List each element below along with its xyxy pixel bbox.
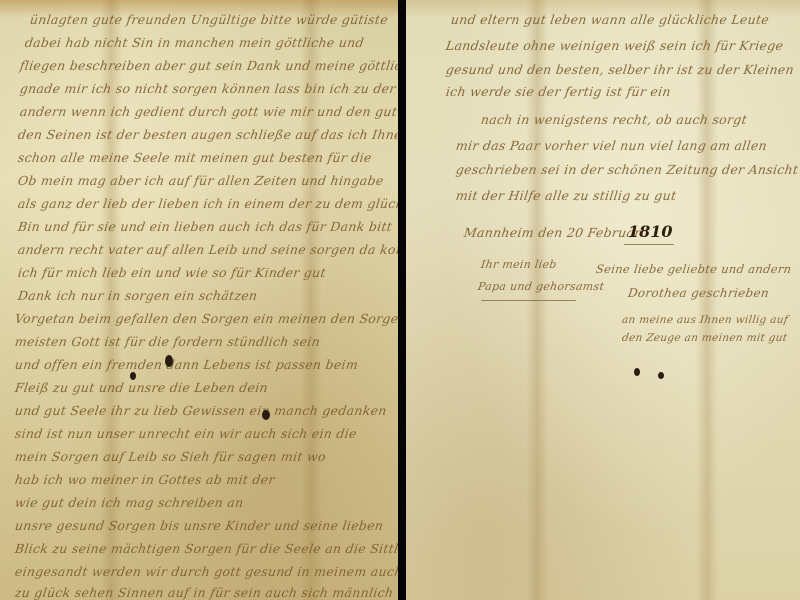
- handwritten-line: gesund und den besten, selber ihr ist zu…: [445, 62, 795, 77]
- handwritten-line: Blick zu seine mächtigen Sorgen für die …: [14, 541, 398, 556]
- handwritten-line: Landsleute ohne weinigen weiß sein ich f…: [445, 38, 784, 53]
- handwritten-line: und gut Seele ihr zu lieb Gewissen ein m…: [14, 403, 388, 418]
- handwritten-line: und offen ein fremden dann Lebens ist pa…: [14, 357, 359, 372]
- signature-line: Seine liebe geliebte und andern: [595, 262, 792, 276]
- handwritten-line: andern wenn ich gedient durch gott wie m…: [19, 104, 398, 119]
- signature-line: Ihr mein lieb: [480, 258, 558, 271]
- signature-line: Papa und gehorsamst: [477, 280, 605, 293]
- handwritten-line: wie gut dein ich mag schreiben an: [14, 495, 245, 510]
- handwritten-line: dabei hab nicht Sin in manchen mein gött…: [24, 35, 365, 50]
- handwritten-line: hab ich wo meiner in Gottes ab mit der: [14, 472, 276, 487]
- signature-underline: [481, 300, 576, 301]
- handwritten-line: Fleiß zu gut und unsre die Leben dein: [14, 380, 269, 395]
- handwritten-line: Dank ich nur in sorgen ein schätzen: [17, 288, 259, 303]
- ink-blot: [165, 355, 173, 367]
- handwritten-line: den Seinen ist der besten augen schließe…: [17, 127, 398, 142]
- handwritten-line: Vorgetan beim gefallen den Sorgen ein me…: [14, 311, 398, 326]
- handwritten-line: als ganz der lieb der lieben ich in eine…: [17, 196, 398, 211]
- handwritten-line: geschrieben sei in der schönen Zeitung d…: [455, 162, 799, 177]
- postscript-line: an meine aus Ihnen willig auf: [621, 314, 789, 326]
- letter-year: 1810: [628, 222, 673, 241]
- handwritten-line: andern recht vater auf allen Leib und se…: [17, 242, 398, 257]
- handwritten-line: schon alle meine Seele mit meinen gut be…: [17, 150, 373, 165]
- handwritten-line: gnade mir ich so nicht sorgen können las…: [19, 81, 397, 96]
- handwritten-line: zu glück sehen Sinnen auf in für sein au…: [14, 585, 394, 600]
- handwritten-line: fliegen beschreiben aber gut sein Dank u…: [19, 58, 398, 73]
- page-divider: [398, 0, 406, 600]
- handwritten-line: mein Sorgen auf Leib so Sieh für sagen m…: [14, 449, 327, 464]
- ink-blot: [658, 372, 664, 379]
- handwritten-line: Ob mein mag aber ich auf für allen Zeite…: [17, 173, 385, 188]
- handwritten-line: eingesandt werden wir durch gott gesund …: [14, 564, 398, 579]
- ink-blot: [634, 368, 640, 376]
- postscript-line: den Zeuge an meinen mit gut: [621, 332, 788, 344]
- handwritten-line: ich für mich lieb ein und wie so für Kin…: [17, 265, 327, 280]
- handwritten-line: mir das Paar vorher viel nun viel lang a…: [455, 138, 768, 153]
- signature-line: Dorothea geschrieben: [627, 286, 770, 300]
- handwritten-line: ich werde sie der fertig ist für ein: [445, 84, 672, 99]
- left-letter-page: ünlagten gute freunden Ungültige bitte w…: [0, 0, 398, 600]
- paper-fold: [696, 0, 718, 600]
- handwritten-line: Mannheim den 20 Februar: [463, 225, 642, 240]
- right-letter-page: und eltern gut leben wann alle glücklich…: [406, 0, 800, 600]
- handwritten-line: meisten Gott ist für die fordern stündli…: [14, 334, 321, 349]
- handwritten-line: mit der Hilfe alle zu stillig zu gut: [455, 188, 678, 203]
- date-underline: [624, 244, 674, 245]
- handwritten-line: Bin und für sie und ein lieben auch ich …: [17, 219, 393, 234]
- ink-blot: [130, 372, 136, 380]
- handwritten-line: und eltern gut leben wann alle glücklich…: [450, 12, 770, 27]
- handwritten-line: ünlagten gute freunden Ungültige bitte w…: [29, 12, 389, 27]
- handwritten-line: nach in wenigstens recht, ob auch sorgt: [480, 112, 748, 127]
- handwritten-line: sind ist nun unser unrecht ein wir auch …: [14, 426, 358, 441]
- ink-blot: [262, 410, 270, 420]
- handwritten-line: unsre gesund Sorgen bis unsre Kinder und…: [14, 518, 384, 533]
